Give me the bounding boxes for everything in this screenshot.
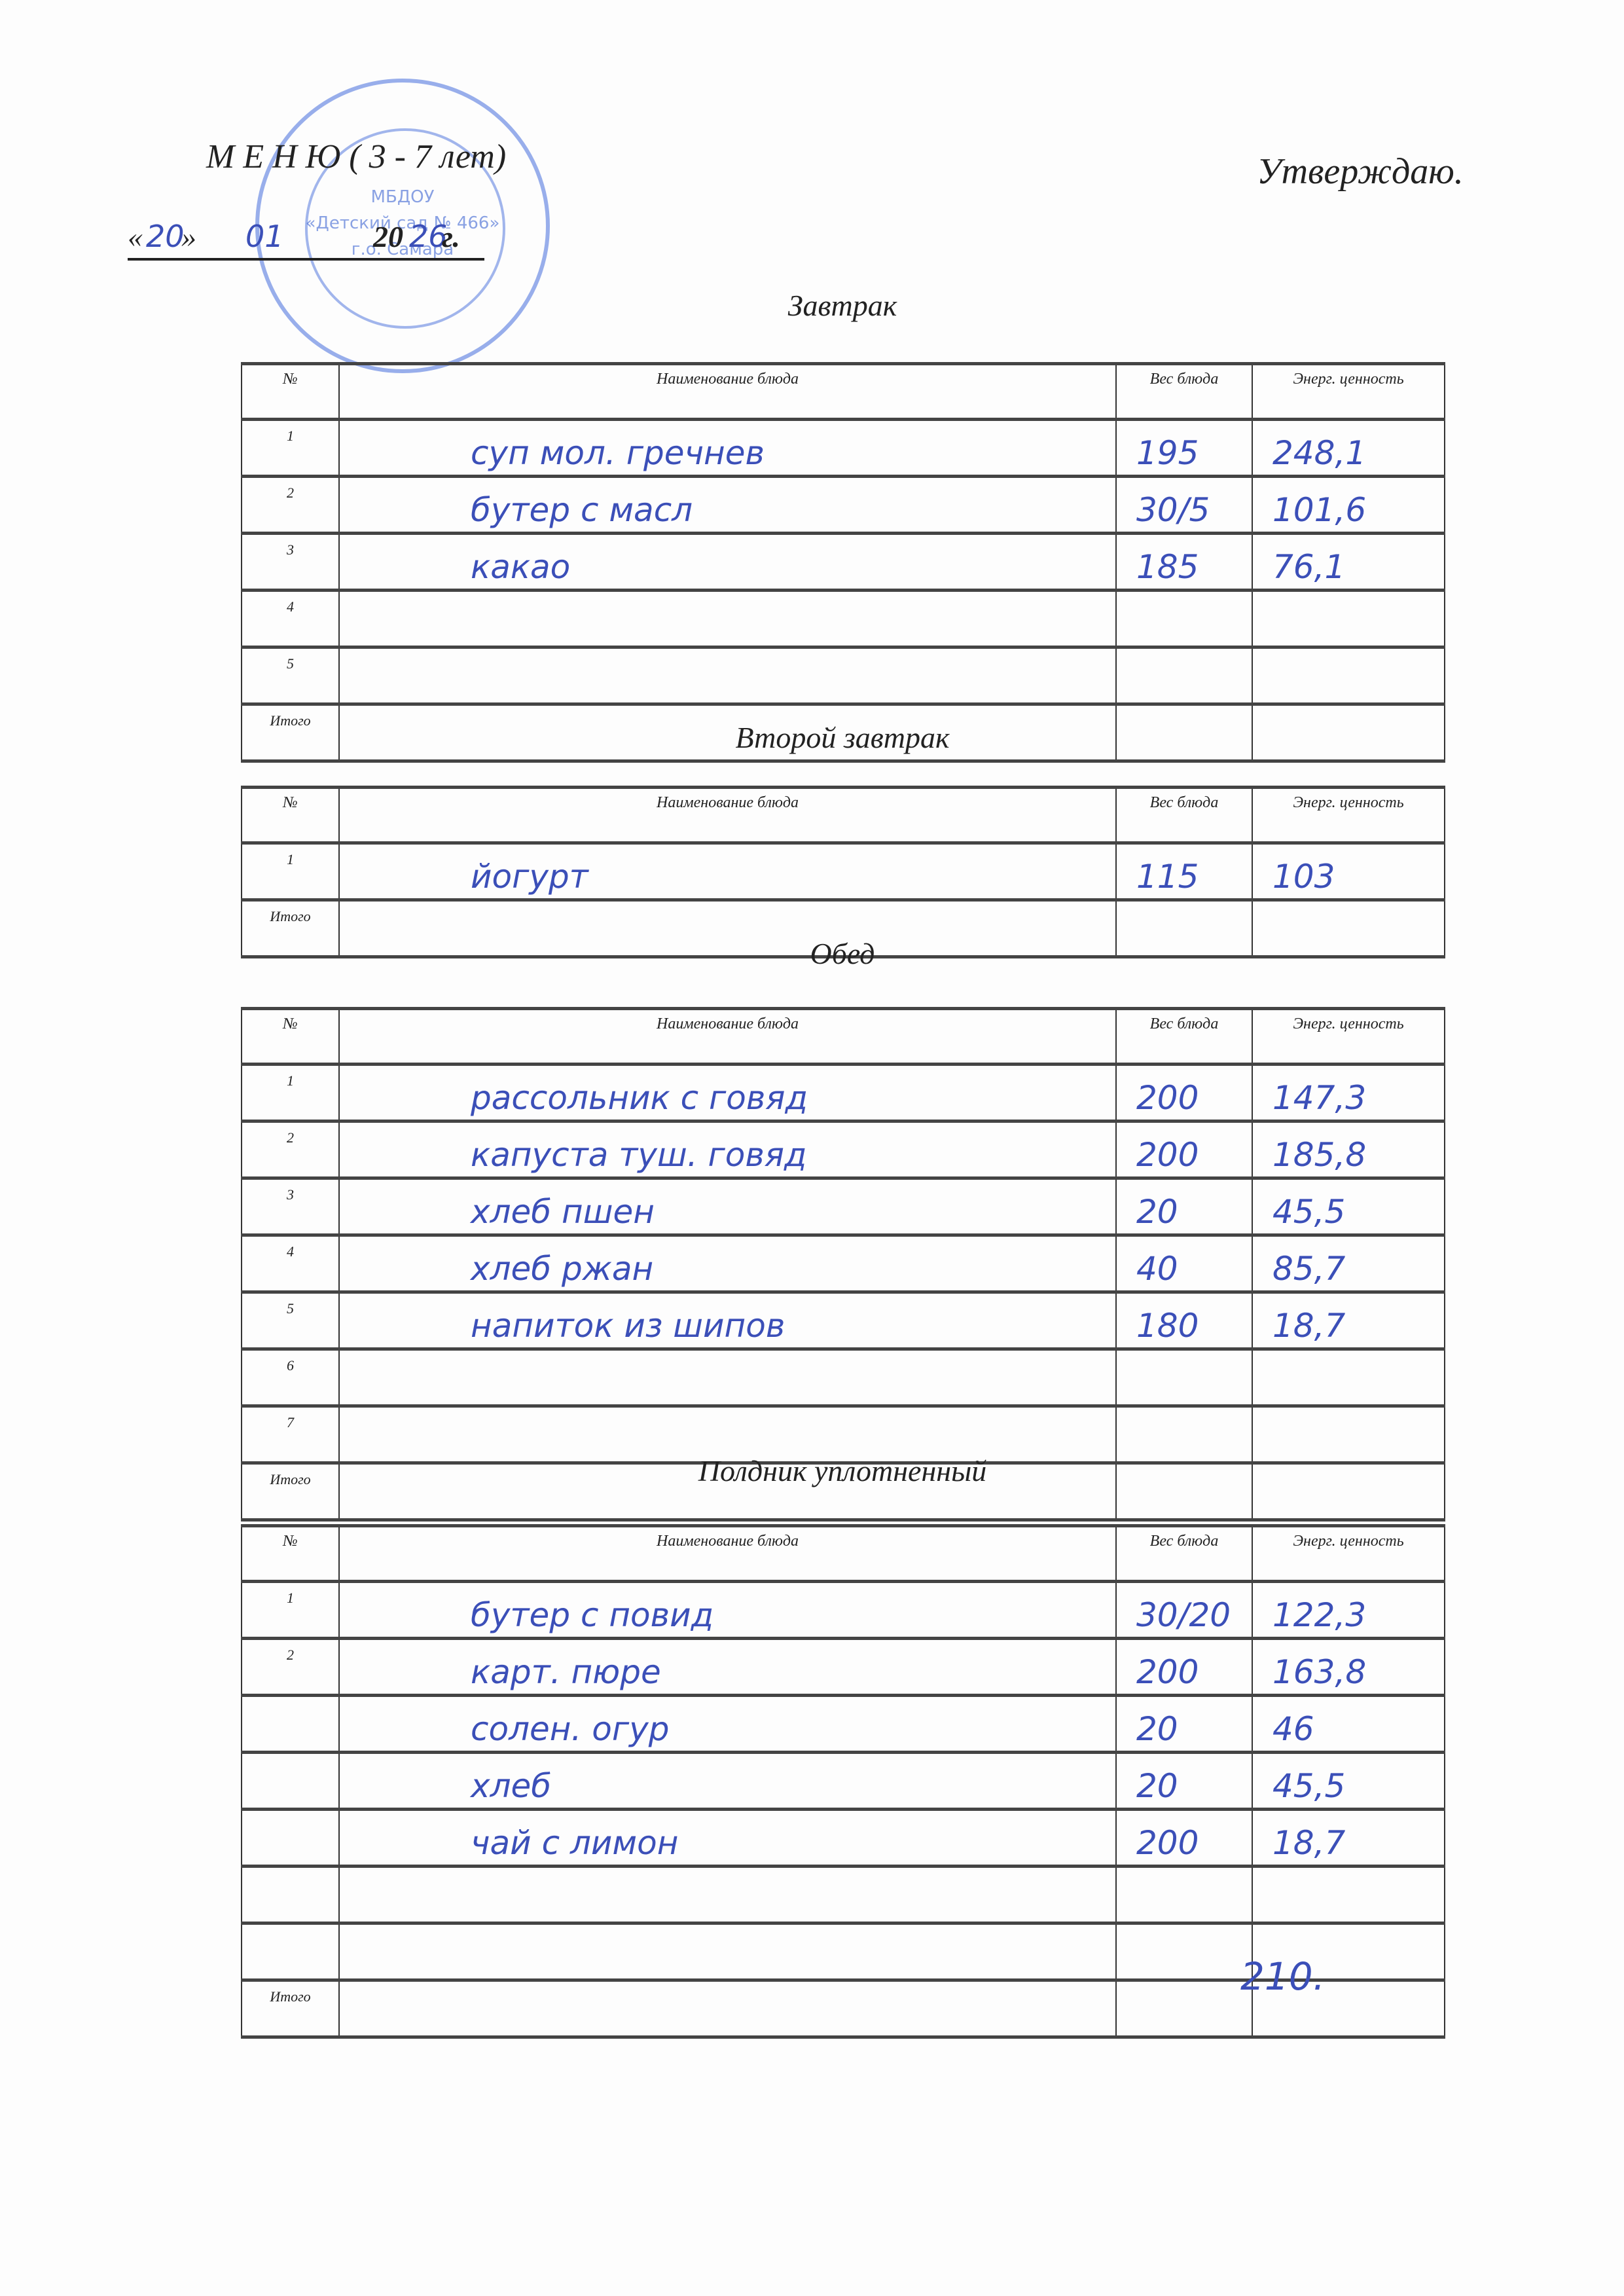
row-number xyxy=(242,1923,339,1980)
dish-name-cell: хлеб пшен xyxy=(339,1178,1116,1235)
footer-note: 210. xyxy=(1240,1954,1325,1999)
dish-weight: 200 xyxy=(1136,1824,1199,1862)
dish-name-cell xyxy=(339,1349,1116,1406)
table-row: 1 бутер с повид 30/20 122,3 xyxy=(242,1582,1445,1639)
table-header-row: № Наименование блюда Вес блюда Энерг. це… xyxy=(242,364,1445,420)
dish-energy-cell: 46 xyxy=(1252,1696,1445,1753)
dish-weight-cell: 200 xyxy=(1116,1065,1252,1121)
col-header-name: Наименование блюда xyxy=(339,1526,1116,1582)
table-row: 6 xyxy=(242,1349,1445,1406)
row-number xyxy=(242,1753,339,1810)
dish-energy-cell xyxy=(1252,647,1445,704)
table-row: 5 xyxy=(242,647,1445,704)
dish-weight-cell xyxy=(1116,591,1252,647)
dish-energy-cell: 248,1 xyxy=(1252,420,1445,477)
dish-energy-cell: 45,5 xyxy=(1252,1178,1445,1235)
dish-weight-cell: 20 xyxy=(1116,1696,1252,1753)
dish-name-cell: суп мол. гречнев xyxy=(339,420,1116,477)
menu-table: № Наименование блюда Вес блюда Энерг. це… xyxy=(241,362,1445,763)
row-number: 1 xyxy=(242,420,339,477)
row-number xyxy=(242,1867,339,1923)
dish-weight: 20 xyxy=(1136,1193,1178,1231)
dish-energy: 46 xyxy=(1272,1710,1314,1748)
col-header-energy: Энерг. ценность xyxy=(1252,788,1445,843)
dish-name-cell xyxy=(339,647,1116,704)
dish-weight: 200 xyxy=(1136,1079,1199,1117)
col-header-num: № xyxy=(242,788,339,843)
dish-energy: 163,8 xyxy=(1272,1653,1366,1691)
dish-energy-cell: 18,7 xyxy=(1252,1810,1445,1867)
dish-name: хлеб xyxy=(471,1767,551,1805)
date-year-prefix: 20 xyxy=(373,219,403,254)
table-row: 1 йогурт 115 103 xyxy=(242,843,1445,900)
row-number: 1 xyxy=(242,843,339,900)
dish-energy: 103 xyxy=(1272,858,1335,896)
col-header-energy: Энерг. ценность xyxy=(1252,364,1445,420)
dish-name-cell: хлеб ржан xyxy=(339,1235,1116,1292)
dish-name: чай с лимон xyxy=(471,1824,678,1862)
dish-weight-cell: 200 xyxy=(1116,1639,1252,1696)
dish-name-cell: хлеб xyxy=(339,1753,1116,1810)
table-row xyxy=(242,1867,1445,1923)
dish-weight: 185 xyxy=(1136,548,1199,586)
row-number: 3 xyxy=(242,534,339,591)
table-row: чай с лимон 200 18,7 xyxy=(242,1810,1445,1867)
dish-weight-cell xyxy=(1116,1867,1252,1923)
dish-energy: 18,7 xyxy=(1272,1824,1345,1862)
menu-table: № Наименование блюда Вес блюда Энерг. це… xyxy=(241,1007,1445,1522)
col-header-weight: Вес блюда xyxy=(1116,1009,1252,1065)
dish-weight: 30/20 xyxy=(1136,1596,1231,1634)
row-number: 1 xyxy=(242,1582,339,1639)
dish-weight-cell xyxy=(1116,647,1252,704)
dish-energy: 248,1 xyxy=(1272,434,1366,472)
dish-energy: 76,1 xyxy=(1272,548,1345,586)
dish-weight-cell: 195 xyxy=(1116,420,1252,477)
dish-energy: 18,7 xyxy=(1272,1307,1345,1345)
col-header-name: Наименование блюда xyxy=(339,1009,1116,1065)
row-number: 2 xyxy=(242,1121,339,1178)
row-number: 3 xyxy=(242,1178,339,1235)
dish-name: хлеб ржан xyxy=(471,1250,653,1288)
dish-name-cell xyxy=(339,1867,1116,1923)
dish-weight: 200 xyxy=(1136,1653,1199,1691)
total-label: Итого xyxy=(242,1980,339,2037)
col-header-energy: Энерг. ценность xyxy=(1252,1526,1445,1582)
row-number xyxy=(242,1810,339,1867)
section-title: Обед xyxy=(241,936,1444,971)
stamp-line-1: МБДОУ xyxy=(259,187,546,207)
dish-energy-cell: 122,3 xyxy=(1252,1582,1445,1639)
row-number: 2 xyxy=(242,477,339,534)
dish-name: какао xyxy=(471,548,570,586)
dish-energy-cell: 76,1 xyxy=(1252,534,1445,591)
dish-name-cell: чай с лимон xyxy=(339,1810,1116,1867)
date-close-quote: » xyxy=(181,219,196,254)
date-month: 01 xyxy=(245,219,284,254)
dish-name-cell: какао xyxy=(339,534,1116,591)
dish-energy-cell: 163,8 xyxy=(1252,1639,1445,1696)
dish-name-cell: бутер с масл xyxy=(339,477,1116,534)
table-row: хлеб 20 45,5 xyxy=(242,1753,1445,1810)
dish-weight-cell: 20 xyxy=(1116,1753,1252,1810)
dish-name-cell: капуста туш. говяд xyxy=(339,1121,1116,1178)
dish-weight-cell: 200 xyxy=(1116,1810,1252,1867)
dish-energy-cell: 147,3 xyxy=(1252,1065,1445,1121)
page-title: М Е Н Ю ( 3 - 7 лет) xyxy=(206,137,506,176)
dish-name: бутер с повид xyxy=(471,1596,713,1634)
table-row: солен. огур 20 46 xyxy=(242,1696,1445,1753)
row-number: 6 xyxy=(242,1349,339,1406)
section-title: Полдник уплотненный xyxy=(241,1453,1444,1488)
dish-energy-cell xyxy=(1252,591,1445,647)
dish-energy-cell: 18,7 xyxy=(1252,1292,1445,1349)
table-row: 2 карт. пюре 200 163,8 xyxy=(242,1639,1445,1696)
dish-weight-cell: 185 xyxy=(1116,534,1252,591)
dish-energy-cell: 45,5 xyxy=(1252,1753,1445,1810)
dish-name-cell: карт. пюре xyxy=(339,1639,1116,1696)
dish-weight-cell xyxy=(1116,1923,1252,1980)
table-row: 5 напиток из шипов 180 18,7 xyxy=(242,1292,1445,1349)
date-open-quote: « xyxy=(128,219,143,254)
dish-name: рассольник с говяд xyxy=(471,1079,808,1117)
dish-weight-cell: 30/5 xyxy=(1116,477,1252,534)
dish-weight: 195 xyxy=(1136,434,1199,472)
dish-weight: 200 xyxy=(1136,1136,1199,1174)
date-year-unit: г. xyxy=(442,219,460,254)
col-header-weight: Вес блюда xyxy=(1116,1526,1252,1582)
total-weight-cell xyxy=(1116,1980,1252,2037)
dish-weight-cell: 40 xyxy=(1116,1235,1252,1292)
dish-name: напиток из шипов xyxy=(471,1307,785,1345)
col-header-weight: Вес блюда xyxy=(1116,788,1252,843)
dish-name-cell: напиток из шипов xyxy=(339,1292,1116,1349)
table-row: 3 хлеб пшен 20 45,5 xyxy=(242,1178,1445,1235)
row-number: 2 xyxy=(242,1639,339,1696)
table-row: 2 бутер с масл 30/5 101,6 xyxy=(242,477,1445,534)
table-header-row: № Наименование блюда Вес блюда Энерг. це… xyxy=(242,1526,1445,1582)
approval-label: Утверждаю. xyxy=(1257,151,1464,192)
dish-energy: 147,3 xyxy=(1272,1079,1366,1117)
col-header-num: № xyxy=(242,1526,339,1582)
table-header-row: № Наименование блюда Вес блюда Энерг. це… xyxy=(242,1009,1445,1065)
dish-weight-cell: 115 xyxy=(1116,843,1252,900)
dish-energy-cell: 185,8 xyxy=(1252,1121,1445,1178)
row-number: 5 xyxy=(242,1292,339,1349)
dish-energy-cell xyxy=(1252,1349,1445,1406)
dish-weight: 40 xyxy=(1136,1250,1178,1288)
col-header-energy: Энерг. ценность xyxy=(1252,1009,1445,1065)
table-header-row: № Наименование блюда Вес блюда Энерг. це… xyxy=(242,788,1445,843)
table-row: 4 xyxy=(242,591,1445,647)
row-number: 4 xyxy=(242,591,339,647)
dish-name: йогурт xyxy=(471,858,588,896)
dish-energy: 45,5 xyxy=(1272,1767,1345,1805)
dish-name-cell xyxy=(339,591,1116,647)
table-row: 2 капуста туш. говяд 200 185,8 xyxy=(242,1121,1445,1178)
section-title: Второй завтрак xyxy=(241,720,1444,755)
dish-energy: 122,3 xyxy=(1272,1596,1366,1634)
dish-energy-cell: 85,7 xyxy=(1252,1235,1445,1292)
dish-weight: 30/5 xyxy=(1136,491,1210,529)
table-row: 1 суп мол. гречнев 195 248,1 xyxy=(242,420,1445,477)
col-header-num: № xyxy=(242,364,339,420)
date-day: 20 xyxy=(146,219,185,254)
col-header-weight: Вес блюда xyxy=(1116,364,1252,420)
table-row: 3 какао 185 76,1 xyxy=(242,534,1445,591)
table-row: 1 рассольник с говяд 200 147,3 xyxy=(242,1065,1445,1121)
section-title: Завтрак xyxy=(241,288,1444,323)
dish-energy: 45,5 xyxy=(1272,1193,1345,1231)
dish-energy-cell: 101,6 xyxy=(1252,477,1445,534)
dish-name: хлеб пшен xyxy=(471,1193,655,1231)
dish-name: суп мол. гречнев xyxy=(471,434,765,472)
dish-energy-cell: 103 xyxy=(1252,843,1445,900)
dish-weight-cell: 180 xyxy=(1116,1292,1252,1349)
row-number: 5 xyxy=(242,647,339,704)
dish-name-cell: солен. огур xyxy=(339,1696,1116,1753)
dish-name-cell: рассольник с говяд xyxy=(339,1065,1116,1121)
dish-energy: 85,7 xyxy=(1272,1250,1345,1288)
col-header-num: № xyxy=(242,1009,339,1065)
row-number: 1 xyxy=(242,1065,339,1121)
dish-weight-cell: 200 xyxy=(1116,1121,1252,1178)
dish-weight: 20 xyxy=(1136,1710,1178,1748)
dish-weight-cell: 20 xyxy=(1116,1178,1252,1235)
dish-weight: 20 xyxy=(1136,1767,1178,1805)
date-line: « 20 » 01 20 26 г. xyxy=(128,216,484,261)
dish-energy-cell xyxy=(1252,1867,1445,1923)
dish-weight: 115 xyxy=(1136,858,1199,896)
row-number: 4 xyxy=(242,1235,339,1292)
dish-energy: 101,6 xyxy=(1272,491,1366,529)
total-name-cell xyxy=(339,1980,1116,2037)
dish-name: солен. огур xyxy=(471,1710,669,1748)
dish-weight-cell: 30/20 xyxy=(1116,1582,1252,1639)
menu-table: № Наименование блюда Вес блюда Энерг. це… xyxy=(241,786,1445,958)
dish-name: капуста туш. говяд xyxy=(471,1136,807,1174)
row-number xyxy=(242,1696,339,1753)
dish-weight: 180 xyxy=(1136,1307,1199,1345)
dish-energy: 185,8 xyxy=(1272,1136,1366,1174)
dish-name-cell xyxy=(339,1923,1116,1980)
table-row: 4 хлеб ржан 40 85,7 xyxy=(242,1235,1445,1292)
dish-name-cell: бутер с повид xyxy=(339,1582,1116,1639)
dish-name: бутер с масл xyxy=(471,491,693,529)
col-header-name: Наименование блюда xyxy=(339,788,1116,843)
dish-name-cell: йогурт xyxy=(339,843,1116,900)
col-header-name: Наименование блюда xyxy=(339,364,1116,420)
dish-name: карт. пюре xyxy=(471,1653,661,1691)
dish-weight-cell xyxy=(1116,1349,1252,1406)
